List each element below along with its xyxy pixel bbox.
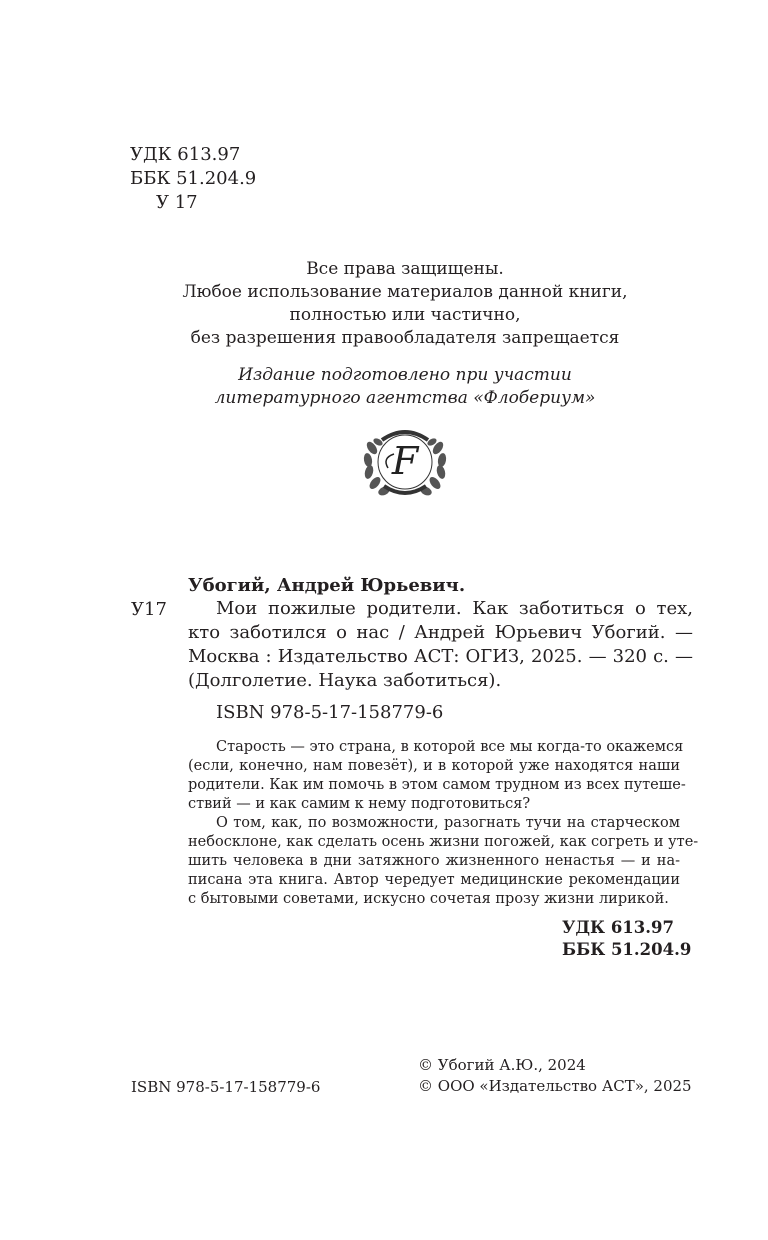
annotation-line: (если, конечно, нам повезёт), и в которо… [188,757,680,776]
copyright-publisher: © ООО «Издательство АСТ», 2025 [418,1076,692,1097]
classification-codes-bottom: УДК 613.97 ББК 51.204.9 [562,917,691,961]
annotation-line: шить человека в дни затяжного жизненного… [188,852,680,871]
footer-isbn: ISBN 978-5-17-158779-6 [131,1078,320,1096]
annotation-line: с бытовыми советами, искусно сочетая про… [188,890,680,909]
udk-code: УДК 613.97 [562,917,691,939]
annotation-line: писана эта книга. Автор чередует медицин… [188,871,680,890]
rights-line: Любое использование материалов данной кн… [0,281,768,304]
annotation-line: небосклоне, как сделать осень жизни пого… [188,833,680,852]
catalog-description: Мои пожилые родители. Как заботиться о т… [188,597,693,693]
rights-notice: Все права защищены. Любое использование … [0,258,768,350]
annotation-line: ствий — и как самим к нему подготовиться… [188,795,680,814]
catalog-line: Москва : Издательство АСТ: ОГИЗ, 2025. —… [188,645,693,669]
floberium-logo-icon: F [360,418,450,506]
svg-text:F: F [391,439,420,483]
catalog-author: Убогий, Андрей Юрьевич. [188,575,465,596]
copyright-author: © Убогий А.Ю., 2024 [418,1055,692,1076]
rights-line: без разрешения правообладателя запрещает… [0,327,768,350]
catalog-line: кто заботился о нас / Андрей Юрьевич Убо… [188,621,693,645]
catalog-mark: У17 [131,599,167,620]
annotation: Старость — это страна, в которой все мы … [188,738,680,909]
annotation-line: О том, как, по возможности, разогнать ту… [188,814,680,833]
copyright-block: © Убогий А.Ю., 2024 © ООО «Издательство … [418,1055,692,1097]
annotation-line: родители. Как им помочь в этом самом тру… [188,776,680,795]
bbk-code: ББК 51.204.9 [130,167,256,191]
catalog-isbn: ISBN 978-5-17-158779-6 [216,702,443,723]
catalog-line: (Долголетие. Наука заботиться). [188,669,693,693]
rights-line: Все права защищены. [0,258,768,281]
classification-codes: УДК 613.97 ББК 51.204.9 У 17 [130,143,256,215]
rights-line: полностью или частично, [0,304,768,327]
author-mark: У 17 [130,191,256,215]
annotation-line: Старость — это страна, в которой все мы … [188,738,680,757]
catalog-line: Мои пожилые родители. Как заботиться о т… [188,597,693,621]
agency-line: Издание подготовлено при участии [0,364,768,387]
bbk-code: ББК 51.204.9 [562,939,691,961]
agency-notice: Издание подготовлено при участии литерат… [0,364,768,410]
agency-line: литературного агентства «Флобериум» [0,387,768,410]
udk-code: УДК 613.97 [130,143,256,167]
